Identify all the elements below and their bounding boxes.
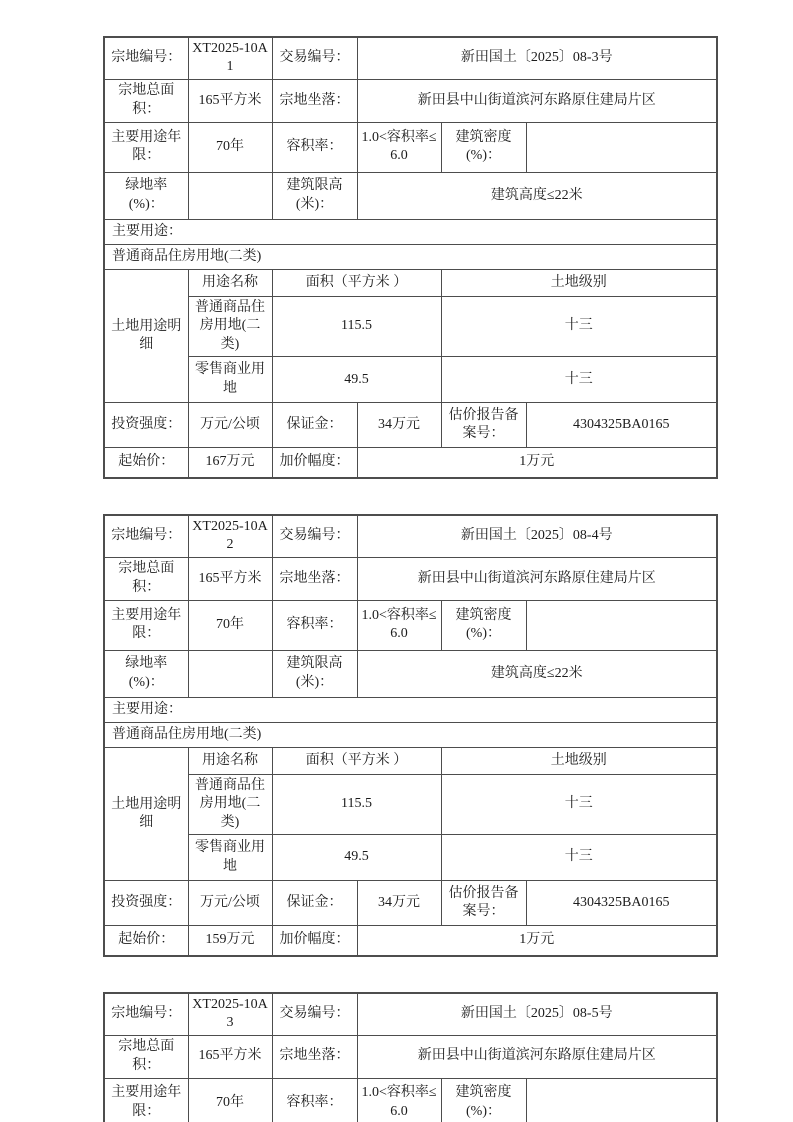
row-area-location: 宗地总面积： 165平方米 宗地坐落： 新田县中山街道滨河东路原住建局片区 [104,79,717,122]
parcel-table-2: 宗地编号： XT2025-10A2 交易编号： 新田国土〔2025〕08-4号 … [103,514,718,957]
row-area-location: 宗地总面积： 165平方米 宗地坐落： 新田县中山街道滨河东路原住建局片区 [104,557,717,600]
report-no-label: 估价报告备案号： [441,403,526,448]
use-detail-label: 土地用途明细 [104,747,188,880]
location-value: 新田县中山街道滨河东路原住建局片区 [357,557,717,600]
density-label: 建筑密度(%)： [441,600,526,650]
parcel-table-1: 宗地编号： XT2025-10A1 交易编号： 新田国土〔2025〕08-3号 … [103,36,718,479]
total-area-label: 宗地总面积： [104,79,188,122]
total-area-label: 宗地总面积： [104,1035,188,1078]
start-price-label: 起始价： [104,448,188,478]
document-page: 宗地编号： XT2025-10A1 交易编号： 新田国土〔2025〕08-3号 … [0,0,793,1122]
row-parcel-id: 宗地编号： XT2025-10A2 交易编号： 新田国土〔2025〕08-4号 [104,515,717,557]
parcel-no-label: 宗地编号： [104,515,188,557]
density-value [526,122,717,172]
location-label: 宗地坐落： [272,557,357,600]
deal-no-label: 交易编号： [272,993,357,1035]
main-use-value: 普通商品住房用地(二类) [104,722,717,747]
location-label: 宗地坐落： [272,1035,357,1078]
row-term-far: 主要用途年限： 70年 容积率： 1.0<容积率≤6.0 建筑密度(%)： [104,1078,717,1122]
increment-value: 1万元 [357,926,717,956]
far-label: 容积率： [272,600,357,650]
deposit-label: 保证金： [272,403,357,448]
row-invest-deposit: 投资强度： 万元/公顷 保证金： 34万元 估价报告备案号： 4304325BA… [104,881,717,926]
start-price-value: 167万元 [188,448,272,478]
row-use-2: 零售商业用地 49.5 十三 [104,835,717,881]
use-1-grade: 十三 [441,296,717,356]
increment-label: 加价幅度： [272,926,357,956]
use-1-grade: 十三 [441,774,717,834]
area-header: 面积（平方米 ） [272,269,441,296]
main-use-label: 主要用途： [104,219,717,244]
main-use-label: 主要用途： [104,697,717,722]
density-label: 建筑密度(%)： [441,122,526,172]
deal-no-value: 新田国土〔2025〕08-4号 [357,515,717,557]
height-rule-value: 建筑高度≤22米 [357,172,717,219]
row-green-height: 绿地率(%)： 建筑限高(米)： 建筑高度≤22米 [104,172,717,219]
start-price-value: 159万元 [188,926,272,956]
invest-label: 投资强度： [104,881,188,926]
parcel-no-value: XT2025-10A3 [188,993,272,1035]
row-price: 起始价： 159万元 加价幅度： 1万元 [104,926,717,956]
row-use-1: 普通商品住房用地(二类) 115.5 十三 [104,296,717,356]
term-label: 主要用途年限： [104,1078,188,1122]
far-value: 1.0<容积率≤6.0 [357,1078,441,1122]
report-no-label: 估价报告备案号： [441,881,526,926]
green-label: 绿地率(%)： [104,172,188,219]
use-1-name: 普通商品住房用地(二类) [188,774,272,834]
invest-unit-value: 万元/公顷 [188,403,272,448]
green-value [188,172,272,219]
density-label: 建筑密度(%)： [441,1078,526,1122]
use-1-name: 普通商品住房用地(二类) [188,296,272,356]
increment-value: 1万元 [357,448,717,478]
parcel-no-value: XT2025-10A2 [188,515,272,557]
increment-label: 加价幅度： [272,448,357,478]
height-limit-label: 建筑限高(米)： [272,650,357,697]
deposit-value: 34万元 [357,881,441,926]
term-label: 主要用途年限： [104,600,188,650]
far-label: 容积率： [272,122,357,172]
total-area-value: 165平方米 [188,1035,272,1078]
use-2-area: 49.5 [272,357,441,403]
report-no-value: 4304325BA0165 [526,403,717,448]
density-value [526,1078,717,1122]
height-rule-value: 建筑高度≤22米 [357,650,717,697]
total-area-label: 宗地总面积： [104,557,188,600]
row-use-detail-header: 土地用途明细 用途名称 面积（平方米 ） 土地级别 [104,747,717,774]
term-value: 70年 [188,122,272,172]
area-header: 面积（平方米 ） [272,747,441,774]
report-no-value: 4304325BA0165 [526,881,717,926]
row-area-location: 宗地总面积： 165平方米 宗地坐落： 新田县中山街道滨河东路原住建局片区 [104,1035,717,1078]
green-label: 绿地率(%)： [104,650,188,697]
parcel-no-value: XT2025-10A1 [188,37,272,79]
height-limit-label: 建筑限高(米)： [272,172,357,219]
row-green-height: 绿地率(%)： 建筑限高(米)： 建筑高度≤22米 [104,650,717,697]
row-term-far: 主要用途年限： 70年 容积率： 1.0<容积率≤6.0 建筑密度(%)： [104,600,717,650]
row-main-use-label: 主要用途： [104,697,717,722]
term-value: 70年 [188,1078,272,1122]
deal-no-label: 交易编号： [272,515,357,557]
row-parcel-id: 宗地编号： XT2025-10A3 交易编号： 新田国土〔2025〕08-5号 [104,993,717,1035]
row-invest-deposit: 投资强度： 万元/公顷 保证金： 34万元 估价报告备案号： 4304325BA… [104,403,717,448]
use-2-area: 49.5 [272,835,441,881]
use-2-grade: 十三 [441,835,717,881]
parcel-table-3: 宗地编号： XT2025-10A3 交易编号： 新田国土〔2025〕08-5号 … [103,992,718,1122]
use-name-header: 用途名称 [188,269,272,296]
start-price-label: 起始价： [104,926,188,956]
row-use-detail-header: 土地用途明细 用途名称 面积（平方米 ） 土地级别 [104,269,717,296]
parcel-no-label: 宗地编号： [104,993,188,1035]
location-value: 新田县中山街道滨河东路原住建局片区 [357,1035,717,1078]
use-1-area: 115.5 [272,774,441,834]
row-main-use-value: 普通商品住房用地(二类) [104,722,717,747]
location-value: 新田县中山街道滨河东路原住建局片区 [357,79,717,122]
row-price: 起始价： 167万元 加价幅度： 1万元 [104,448,717,478]
grade-header: 土地级别 [441,269,717,296]
deposit-label: 保证金： [272,881,357,926]
parcel-no-label: 宗地编号： [104,37,188,79]
use-name-header: 用途名称 [188,747,272,774]
total-area-value: 165平方米 [188,557,272,600]
use-2-name: 零售商业用地 [188,357,272,403]
density-value [526,600,717,650]
row-use-1: 普通商品住房用地(二类) 115.5 十三 [104,774,717,834]
row-parcel-id: 宗地编号： XT2025-10A1 交易编号： 新田国土〔2025〕08-3号 [104,37,717,79]
far-label: 容积率： [272,1078,357,1122]
location-label: 宗地坐落： [272,79,357,122]
term-value: 70年 [188,600,272,650]
deal-no-label: 交易编号： [272,37,357,79]
total-area-value: 165平方米 [188,79,272,122]
invest-label: 投资强度： [104,403,188,448]
invest-unit-value: 万元/公顷 [188,881,272,926]
row-main-use-value: 普通商品住房用地(二类) [104,244,717,269]
row-main-use-label: 主要用途： [104,219,717,244]
far-value: 1.0<容积率≤6.0 [357,600,441,650]
deal-no-value: 新田国土〔2025〕08-5号 [357,993,717,1035]
use-2-grade: 十三 [441,357,717,403]
use-2-name: 零售商业用地 [188,835,272,881]
deal-no-value: 新田国土〔2025〕08-3号 [357,37,717,79]
deposit-value: 34万元 [357,403,441,448]
row-term-far: 主要用途年限： 70年 容积率： 1.0<容积率≤6.0 建筑密度(%)： [104,122,717,172]
far-value: 1.0<容积率≤6.0 [357,122,441,172]
main-use-value: 普通商品住房用地(二类) [104,244,717,269]
term-label: 主要用途年限： [104,122,188,172]
green-value [188,650,272,697]
row-use-2: 零售商业用地 49.5 十三 [104,357,717,403]
use-1-area: 115.5 [272,296,441,356]
grade-header: 土地级别 [441,747,717,774]
use-detail-label: 土地用途明细 [104,269,188,402]
